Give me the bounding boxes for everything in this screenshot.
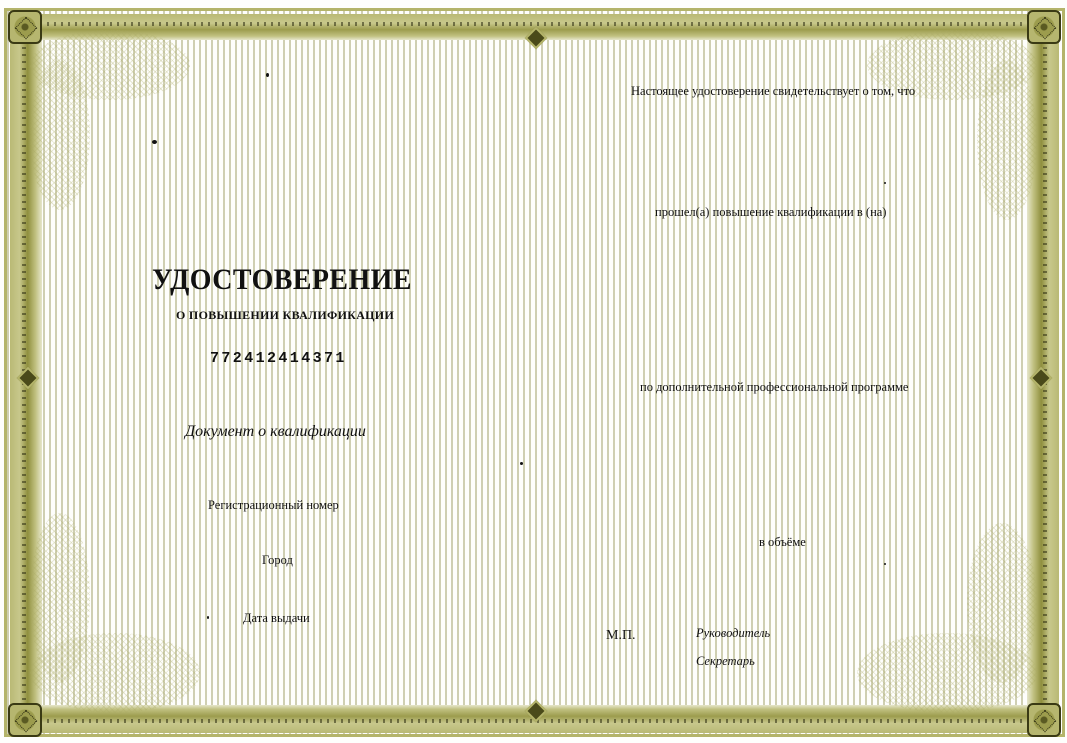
issue-date-label: Дата выдачи [243, 611, 310, 626]
volume-label: в объёме [759, 535, 806, 550]
ink-speck [884, 563, 886, 565]
ink-speck [152, 140, 157, 144]
ink-speck [266, 73, 269, 77]
certificate-subtitle: О ПОВЫШЕНИИ КВАЛИФИКАЦИИ [176, 308, 394, 323]
swirl-ornament [30, 60, 90, 210]
certificate-title: УДОСТОВЕРЕНИЕ [152, 263, 412, 297]
secretary-signature-label: Секретарь [696, 654, 755, 669]
swirl-ornament [30, 513, 90, 683]
serial-number: 772412414371 [210, 350, 347, 367]
registration-number-label: Регистрационный номер [208, 498, 339, 513]
program-text: по дополнительной профессиональной прогр… [640, 380, 908, 395]
document-type: Документ о квалификации [185, 423, 366, 441]
corner-ornament [8, 10, 42, 44]
certificate-border [4, 8, 1065, 737]
city-label: Город [262, 553, 293, 568]
corner-ornament [1027, 703, 1061, 737]
ink-speck [207, 616, 209, 619]
head-signature-label: Руководитель [696, 626, 770, 641]
certificate-spread: УДОСТОВЕРЕНИЕ О ПОВЫШЕНИИ КВАЛИФИКАЦИИ 7… [0, 0, 1067, 743]
ink-speck [520, 462, 523, 465]
swirl-ornament [977, 60, 1037, 220]
completed-training-text: прошел(а) повышение квалификации в (на) [655, 205, 886, 220]
certifies-text: Настоящее удостоверение свидетельствует … [631, 84, 915, 99]
corner-ornament [8, 703, 42, 737]
ink-speck [884, 182, 886, 184]
border-dot-row-top [40, 22, 1027, 26]
seal-label: М.П. [606, 628, 636, 644]
corner-ornament [1027, 10, 1061, 44]
swirl-ornament [967, 523, 1037, 683]
